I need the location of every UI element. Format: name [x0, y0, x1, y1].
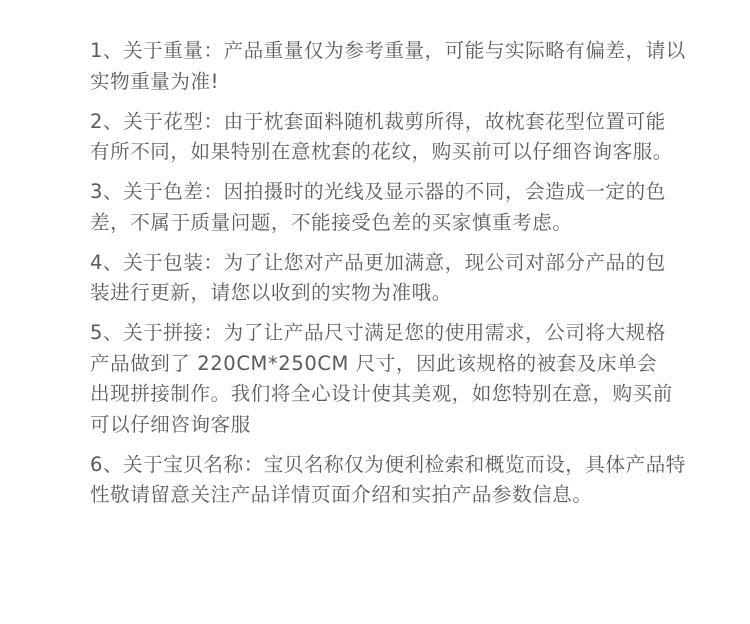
note-line: 性敬请留意关注产品详情页面介绍和实拍产品参数信息。	[90, 480, 670, 511]
note-line: 可以仔细咨询客服	[90, 410, 670, 441]
note-weight: 1、关于重量：产品重量仅为参考重量，可能与实际略有偏差，请以 实物重量为准!	[90, 36, 670, 97]
note-line: 1、关于重量：产品重量仅为参考重量，可能与实际略有偏差，请以	[90, 36, 670, 67]
note-line: 5、关于拼接：为了让产品尺寸满足您的使用需求，公司将大规格	[90, 318, 670, 349]
note-line: 装进行更新，请您以收到的实物为准哦。	[90, 278, 670, 309]
note-color-difference: 3、关于色差：因拍摄时的光线及显示器的不同，会造成一定的色 差，不属于质量问题，…	[90, 177, 670, 238]
product-notes: 1、关于重量：产品重量仅为参考重量，可能与实际略有偏差，请以 实物重量为准! 2…	[90, 36, 670, 520]
note-line: 4、关于包装：为了让您对产品更加满意，现公司对部分产品的包	[90, 248, 670, 279]
note-line: 有所不同，如果特别在意枕套的花纹，购买前可以仔细咨询客服。	[90, 137, 670, 168]
note-line: 产品做到了 220CM*250CM 尺寸，因此该规格的被套及床单会	[90, 349, 670, 380]
note-line: 差，不属于质量问题，不能接受色差的买家慎重考虑。	[90, 208, 670, 239]
note-line: 出现拼接制作。我们将全心设计使其美观，如您特别在意，购买前	[90, 379, 670, 410]
note-pattern: 2、关于花型：由于枕套面料随机裁剪所得，故枕套花型位置可能 有所不同，如果特别在…	[90, 107, 670, 168]
note-line: 6、关于宝贝名称：宝贝名称仅为便利检索和概览而设，具体产品特	[90, 450, 670, 481]
note-product-name: 6、关于宝贝名称：宝贝名称仅为便利检索和概览而设，具体产品特 性敬请留意关注产品…	[90, 450, 670, 511]
note-line: 实物重量为准!	[90, 67, 670, 98]
note-packaging: 4、关于包装：为了让您对产品更加满意，现公司对部分产品的包 装进行更新，请您以收…	[90, 248, 670, 309]
note-splicing: 5、关于拼接：为了让产品尺寸满足您的使用需求，公司将大规格 产品做到了 220C…	[90, 318, 670, 440]
note-line: 3、关于色差：因拍摄时的光线及显示器的不同，会造成一定的色	[90, 177, 670, 208]
note-line: 2、关于花型：由于枕套面料随机裁剪所得，故枕套花型位置可能	[90, 107, 670, 138]
